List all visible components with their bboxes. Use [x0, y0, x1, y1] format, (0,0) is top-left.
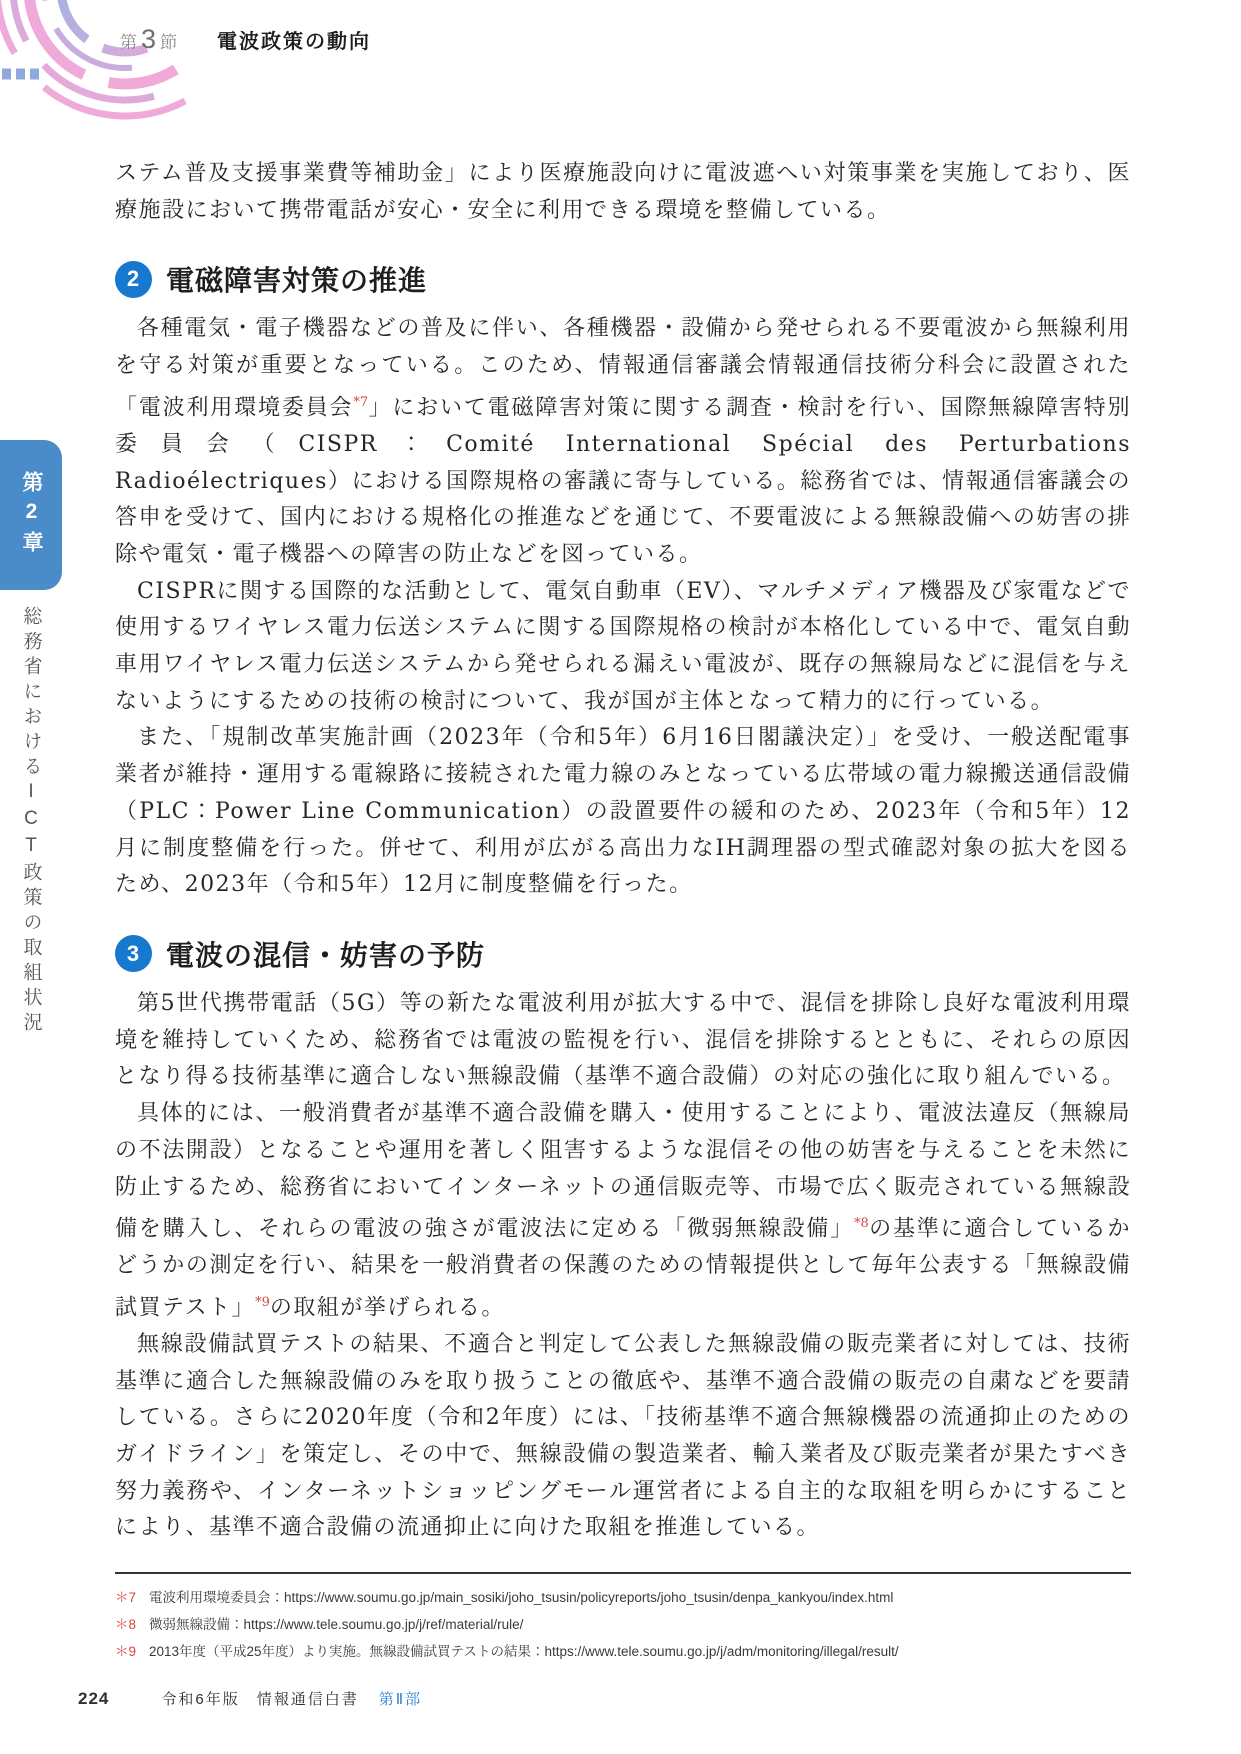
chapter-tab: 第2章 — [0, 440, 62, 590]
body-paragraph: 第5世代携帯電話（5G）等の新たな電波利用が拡大する中で、混信を排除し良好な電波… — [115, 986, 1131, 1096]
section-paragraphs: 第5世代携帯電話（5G）等の新たな電波利用が拡大する中で、混信を排除し良好な電波… — [115, 986, 1131, 1547]
body-paragraph: 具体的には、一般消費者が基準不適合設備を購入・使用することにより、電波法違反（無… — [115, 1096, 1131, 1327]
edition-label: 令和6年版 情報通信白書 — [161, 1688, 358, 1709]
footnote: ＊7 電波利用環境委員会：https://www.soumu.go.jp/mai… — [115, 1584, 1165, 1611]
section-heading: 3 電波の混信・妨害の予防 — [115, 934, 1131, 974]
footnote-ref: *7 — [353, 395, 368, 410]
body-paragraph: CISPRに関する国際的な活動として、電気自動車（EV）、マルチメディア機器及び… — [115, 574, 1131, 721]
chapter-caption: 総務省におけるICT政策の取組状況 — [0, 606, 62, 1136]
body-paragraph: 無線設備試買テストの結果、不適合と判定して公表した無線設備の販売業者に対しては、… — [115, 1327, 1131, 1547]
part-label: 第Ⅱ部 — [379, 1688, 422, 1709]
section-number-badge: 3 — [115, 935, 152, 972]
text-run: 無線設備試買テストの結果、不適合と判定して公表した無線設備の販売業者に対しては、… — [115, 1332, 1131, 1541]
text-run: CISPRに関する国際的な活動として、電気自動車（EV）、マルチメディア機器及び… — [115, 579, 1131, 714]
footnote-marker: ＊8 — [115, 1611, 149, 1638]
footnote: ＊8 微弱無線設備：https://www.tele.soumu.go.jp/j… — [115, 1611, 1165, 1638]
text-run: 第5世代携帯電話（5G）等の新たな電波利用が拡大する中で、混信を排除し良好な電波… — [115, 991, 1131, 1089]
page-header: 第3節 電波政策の動向 — [120, 24, 371, 55]
footnote-ref: *8 — [854, 1216, 869, 1231]
section-electromagnetic-interference: 2 電磁障害対策の推進 各種電気・電子機器などの普及に伴い、各種機器・設備から発… — [115, 259, 1131, 904]
text-run: の取組が挙げられる。 — [270, 1295, 505, 1320]
page-title: 電波政策の動向 — [217, 25, 371, 54]
section-number-badge: 2 — [115, 261, 152, 298]
section-number: 3 — [141, 24, 158, 54]
footnote-text: 電波利用環境委員会：https://www.soumu.go.jp/main_s… — [149, 1584, 893, 1611]
page-number: 224 — [78, 1689, 109, 1709]
body-paragraph: また、「規制改革実施計画（2023年（令和5年）6月16日閣議決定）」を受け、一… — [115, 720, 1131, 904]
section-interference-prevention: 3 電波の混信・妨害の予防 第5世代携帯電話（5G）等の新たな電波利用が拡大する… — [115, 934, 1131, 1547]
section-label: 第3節 — [120, 24, 179, 55]
intro-paragraph: ステム普及支援事業費等補助金」により医療施設向けに電波遮へい対策事業を実施してお… — [115, 156, 1131, 229]
footnotes: ＊7 電波利用環境委員会：https://www.soumu.go.jp/mai… — [115, 1584, 1165, 1665]
main-content: ステム普及支援事業費等補助金」により医療施設向けに電波遮へい対策事業を実施してお… — [115, 156, 1131, 1547]
section-heading-text: 電波の混信・妨害の予防 — [166, 934, 485, 974]
footnote-text: 2013年度（平成25年度）より実施。無線設備試買テストの結果：https://… — [149, 1638, 899, 1665]
section-heading-text: 電磁障害対策の推進 — [166, 259, 427, 299]
footnote-marker: ＊9 — [115, 1638, 149, 1665]
footnote-text: 微弱無線設備：https://www.tele.soumu.go.jp/j/re… — [149, 1611, 523, 1638]
text-run: また、「規制改革実施計画（2023年（令和5年）6月16日閣議決定）」を受け、一… — [115, 725, 1131, 897]
footnote-divider — [115, 1572, 1131, 1574]
section-paragraphs: 各種電気・電子機器などの普及に伴い、各種機器・設備から発せられる不要電波から無線… — [115, 311, 1131, 904]
text-run: 」において電磁障害対策に関する調査・検討を行い、国際無線障害特別委員会（CISP… — [115, 395, 1131, 567]
decorative-arcs-graphic — [0, 0, 215, 128]
footnote: ＊9 2013年度（平成25年度）より実施。無線設備試買テストの結果：https… — [115, 1638, 1165, 1665]
footnote-ref: *9 — [255, 1295, 270, 1310]
section-heading: 2 電磁障害対策の推進 — [115, 259, 1131, 299]
page-footer: 224 令和6年版 情報通信白書 第Ⅱ部 — [78, 1688, 422, 1709]
footnote-marker: ＊7 — [115, 1584, 149, 1611]
body-paragraph: 各種電気・電子機器などの普及に伴い、各種機器・設備から発せられる不要電波から無線… — [115, 311, 1131, 573]
